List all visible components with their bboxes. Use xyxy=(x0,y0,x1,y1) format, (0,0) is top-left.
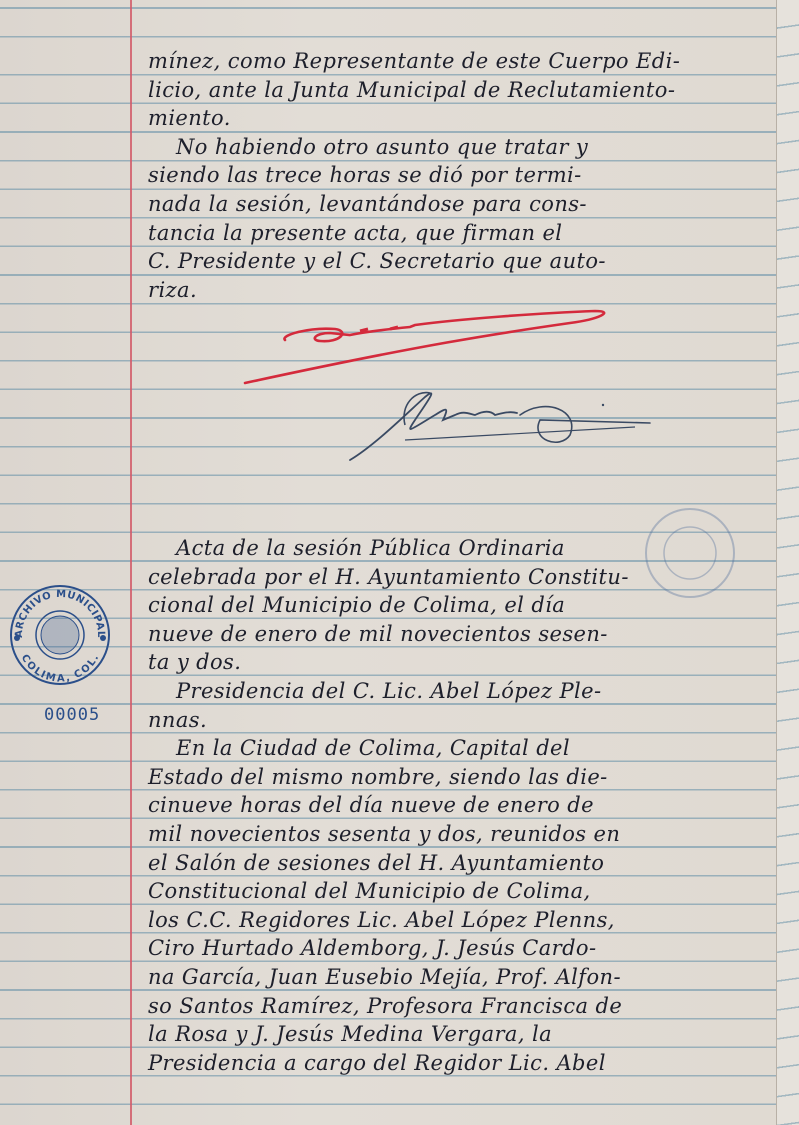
text-line: miento. xyxy=(148,104,768,133)
text-line: Constitucional del Municipio de Colima, xyxy=(148,877,768,906)
stamp-bottom-text: COLIMA, COL. xyxy=(19,653,102,685)
red-signature xyxy=(240,305,640,395)
red-margin-line xyxy=(130,0,132,1125)
text-line: No habiendo otro asunto que tratar y xyxy=(148,133,768,162)
text-line: so Santos Ramírez, Profesora Francisca d… xyxy=(148,992,768,1021)
text-line: Ciro Hurtado Aldemborg, J. Jesús Cardo- xyxy=(148,934,768,963)
blue-signature xyxy=(345,385,655,465)
adjacent-page-edge xyxy=(776,0,799,1125)
text-line: na García, Juan Eusebio Mejía, Prof. Alf… xyxy=(148,963,768,992)
text-line: cional del Municipio de Colima, el día xyxy=(148,591,768,620)
text-line: el Salón de sesiones del H. Ayuntamiento xyxy=(148,849,768,878)
text-line: mil novecientos sesenta y dos, reunidos … xyxy=(148,820,768,849)
svg-text:COLIMA, COL.: COLIMA, COL. xyxy=(19,653,102,685)
text-line: ta y dos. xyxy=(148,648,768,677)
text-line: nueve de enero de mil novecientos sesen- xyxy=(148,620,768,649)
text-line: siendo las trece horas se dió por termi- xyxy=(148,161,768,190)
folio-number: 00005 xyxy=(44,705,100,725)
text-line: En la Ciudad de Colima, Capital del xyxy=(148,734,768,763)
text-line: C. Presidente y el C. Secretario que aut… xyxy=(148,247,768,276)
text-line: la Rosa y J. Jesús Medina Vergara, la xyxy=(148,1020,768,1049)
text-line: Estado del mismo nombre, siendo las die- xyxy=(148,763,768,792)
text-line: los C.C. Regidores Lic. Abel López Plenn… xyxy=(148,906,768,935)
text-line: nada la sesión, levantándose para cons- xyxy=(148,190,768,219)
text-line: mínez, como Representante de este Cuerpo… xyxy=(148,47,768,76)
text-line: licio, ante la Junta Municipal de Reclut… xyxy=(148,76,768,105)
act-heading: Acta de la sesión Pública Ordinaria cele… xyxy=(148,534,768,1077)
text-line: Presidencia a cargo del Regidor Lic. Abe… xyxy=(148,1049,768,1078)
previous-act-ending: mínez, como Representante de este Cuerpo… xyxy=(148,47,768,304)
text-line: celebrada por el H. Ayuntamiento Constit… xyxy=(148,563,768,592)
archive-stamp: ARCHIVO MUNICIPAL COLIMA, COL. xyxy=(8,583,112,687)
ledger-page: mínez, como Representante de este Cuerpo… xyxy=(0,0,776,1125)
text-line: riza. xyxy=(148,276,768,305)
text-line: Presidencia del C. Lic. Abel López Ple- xyxy=(148,677,768,706)
text-line: cinueve horas del día nueve de enero de xyxy=(148,791,768,820)
text-line: tancia la presente acta, que firman el xyxy=(148,219,768,248)
text-line: Acta de la sesión Pública Ordinaria xyxy=(148,534,768,563)
text-line: nnas. xyxy=(148,706,768,735)
